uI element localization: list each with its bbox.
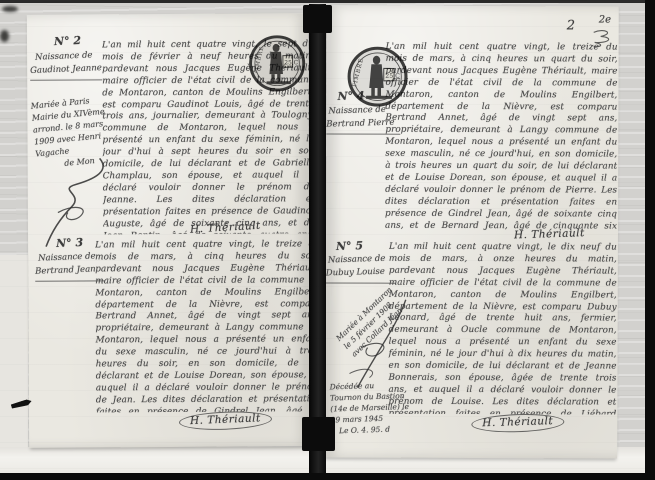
scan-bed-left-strip	[0, 255, 28, 473]
entry-margin-title: Naissance de	[35, 50, 93, 64]
entry-margin-title: Naissance de	[38, 251, 96, 265]
ink-smudge	[2, 6, 18, 12]
signature-flourish-icon	[38, 154, 118, 249]
act-body-text: L'an mil huit cent quatre vingt, le trei…	[385, 42, 618, 233]
entry-number: N° 2	[54, 34, 82, 48]
scan-edge-top	[0, 0, 655, 3]
left-register-page: N° 2 Naissance de Gaudinot Jeanne L'an m…	[27, 13, 310, 447]
scan-edge-bottom	[0, 473, 655, 480]
margin-underline	[30, 79, 102, 80]
register-scan: N° 2 Naissance de Gaudinot Jeanne L'an m…	[0, 0, 655, 480]
registrar-signature: H. Thériault	[179, 410, 272, 432]
ink-smudge	[0, 30, 9, 42]
note-line: Le O. 4. 95. d	[331, 423, 410, 436]
right-register-page: 2 2e 25 C TIMBRE N° 4 Naissance de Bertr…	[325, 5, 619, 458]
revenue-stamp-icon: 25 C TIMBRE	[346, 46, 408, 108]
margin-underline	[326, 282, 396, 283]
act-body-text: L'an mil huit cent quatre vingt, le trei…	[95, 239, 321, 412]
entry-margin-name: Gaudinot Jeanne	[30, 63, 102, 77]
signature-flourish-icon	[339, 296, 409, 396]
page-number: 2	[567, 18, 575, 33]
entry-margin-name: Bertrand Jean	[35, 264, 96, 278]
scan-edge-right	[645, 0, 655, 480]
gutter-binding-tab	[303, 5, 332, 33]
act-body-text: L'an mil huit cent quatre vingt, le dix …	[388, 242, 617, 415]
entry-margin-title: Naissance de	[328, 254, 386, 267]
gutter-binding-tab	[302, 417, 335, 451]
book-gutter	[309, 4, 326, 473]
entry-number: N° 5	[336, 239, 363, 253]
revenue-stamp-icon: 25 C TIMBRE	[248, 34, 306, 92]
stamp-value: 25 C	[385, 73, 400, 80]
entry-margin-name: Dubuy Louise	[326, 267, 385, 280]
stamp-value: 25 C	[284, 60, 298, 66]
registrar-signature: H. Thériault	[471, 413, 564, 434]
folio-mark: 2e	[599, 14, 611, 25]
registrar-signature: H. Thériault	[514, 227, 585, 241]
